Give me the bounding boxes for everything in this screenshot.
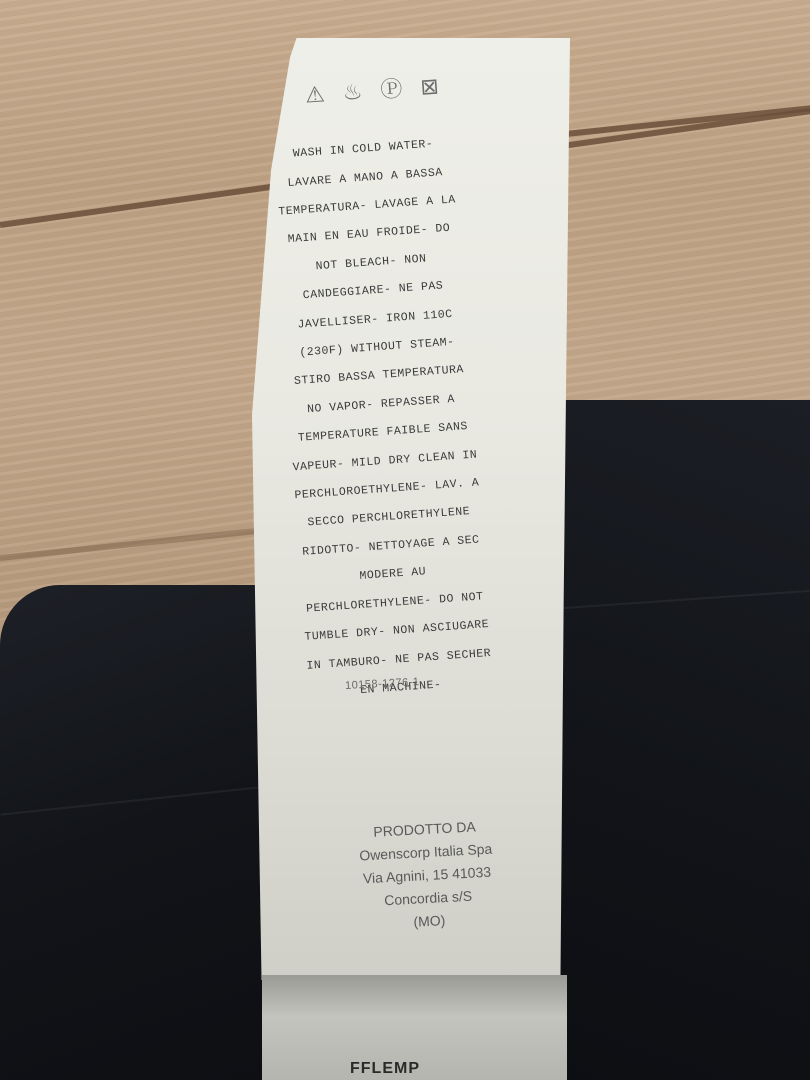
care-line: TUMBLE DRY- NON ASCIUGARE xyxy=(277,616,517,647)
do-not-tumble-dry-icon: ⊠ xyxy=(420,75,440,98)
care-line: (230F) WITHOUT STEAM- xyxy=(257,333,497,364)
care-line: CANDEGGIARE- NE PAS xyxy=(253,276,493,307)
care-line: VAPEUR- MILD DRY CLEAN IN xyxy=(265,446,505,477)
care-line: STIRO BASSA TEMPERATURA xyxy=(259,361,499,392)
care-line: LAVARE A MANO A BASSA xyxy=(245,163,485,194)
care-line: PERCHLOROETHYLENE- LAV. A xyxy=(267,475,507,506)
care-line: WASH IN COLD WATER- xyxy=(243,135,483,166)
care-line: PERCHLORETHYLENE- DO NOT xyxy=(275,588,515,619)
partial-brand-text: FFLEMP xyxy=(350,1060,420,1078)
dry-clean-p-icon: Ⓟ xyxy=(380,78,403,101)
iron-low-icon: ♨ xyxy=(342,81,363,104)
care-line: SECCO PERCHLORETHYLENE xyxy=(269,503,509,534)
care-line: NO VAPOR- REPASSER A xyxy=(261,390,501,421)
care-line: TEMPERATURA- LAVAGE A LA xyxy=(247,191,487,222)
care-line: JAVELLISER- IRON 110C xyxy=(255,305,495,336)
care-line: RIDOTTO- NETTOYAGE A SEC xyxy=(271,531,511,562)
do-not-bleach-icon: ⚠ xyxy=(304,83,325,106)
care-line: MAIN EN EAU FROIDE- DO xyxy=(249,220,489,251)
manufacturer-info: PRODOTTO DA Owenscorp Italia Spa Via Agn… xyxy=(319,813,535,939)
care-line: NOT BLEACH- NON xyxy=(251,248,491,279)
care-line: MODERE AU xyxy=(273,560,513,591)
care-instructions: WASH IN COLD WATER- LAVARE A MANO A BASS… xyxy=(242,120,522,718)
care-line: IN TAMBURO- NE PAS SECHER xyxy=(279,645,519,676)
black-pants-left xyxy=(0,585,270,1080)
care-line: TEMPERATURE FAIBLE SANS xyxy=(263,418,503,449)
